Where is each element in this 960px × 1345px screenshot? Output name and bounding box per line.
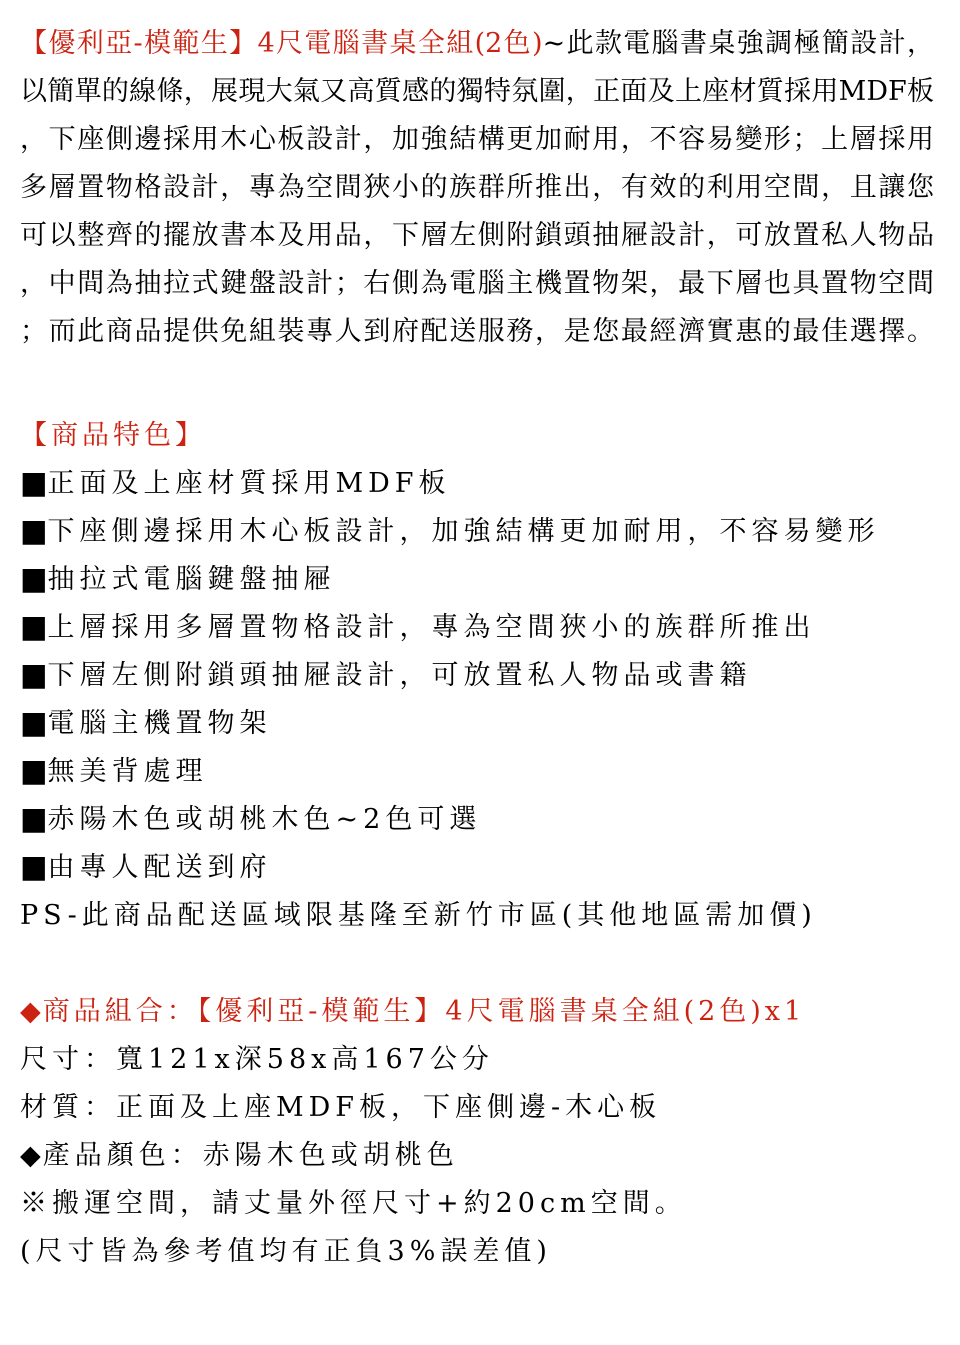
square-bullet-icon: ■	[20, 600, 48, 655]
feature-text: 由專人配送到府	[48, 852, 272, 883]
diamond-bullet-icon: ◆	[20, 1140, 41, 1171]
feature-text: 下座側邊採用木心板設計，加強結構更加耐用，不容易變形	[48, 516, 880, 547]
feature-text: 上層採用多層置物格設計，專為空間狹小的族群所推出	[48, 612, 816, 643]
features-heading: 【商品特色】	[20, 412, 934, 460]
feature-item-colors: ■赤陽木色或胡桃木色~2色可選	[20, 796, 934, 844]
intro-line-3: ，下座側邊採用木心板設計，加強結構更加耐用，不容易變形；上層採用	[20, 116, 934, 164]
square-bullet-icon: ■	[20, 696, 48, 751]
intro-line-1: 【優利亞-模範生】4尺電腦書桌全組(2色)~此款電腦書桌強調極簡設計，	[20, 20, 934, 68]
intro-line-7: ；而此商品提供免組裝專人到府配送服務，是您最經濟實惠的最佳選擇。	[20, 308, 934, 356]
size-spec: 尺寸：寬121x深58x高167公分	[20, 1036, 934, 1084]
moving-space-note: ※搬運空間，請丈量外徑尺寸+約20cm空間。	[20, 1180, 934, 1228]
feature-text: 無美背處理	[48, 756, 208, 787]
color-spec: ◆產品顏色：赤陽木色或胡桃色	[20, 1132, 934, 1180]
intro-line-4: 多層置物格設計，專為空間狹小的族群所推出，有效的利用空間，且讓您	[20, 164, 934, 212]
square-bullet-icon: ■	[20, 744, 48, 799]
square-bullet-icon: ■	[20, 552, 48, 607]
square-bullet-icon: ■	[20, 792, 48, 847]
material-spec: 材質：正面及上座MDF板，下座側邊-木心板	[20, 1084, 934, 1132]
square-bullet-icon: ■	[20, 840, 48, 895]
diamond-bullet-icon: ◆	[20, 996, 41, 1027]
feature-item-upper-shelves: ■上層採用多層置物格設計，專為空間狹小的族群所推出	[20, 604, 934, 652]
product-description-page: 【優利亞-模範生】4尺電腦書桌全組(2色)~此款電腦書桌強調極簡設計， 以簡單的…	[0, 0, 960, 1345]
feature-item-material: ■正面及上座材質採用MDF板	[20, 460, 934, 508]
combo-heading-text: 商品組合：【優利亞-模範生】4尺電腦書桌全組(2色)x1	[43, 996, 805, 1027]
feature-text: 電腦主機置物架	[48, 708, 272, 739]
feature-text: 正面及上座材質採用MDF板	[48, 468, 451, 499]
features-section: 【商品特色】 ■正面及上座材質採用MDF板 ■下座側邊採用木心板設計，加強結構更…	[20, 412, 934, 940]
intro-line-1-text: ~此款電腦書桌強調極簡設計，	[543, 28, 934, 59]
intro-line-6: ，中間為抽拉式鍵盤設計；右側為電腦主機置物架，最下層也具置物空間	[20, 260, 934, 308]
intro-paragraph: 【優利亞-模範生】4尺電腦書桌全組(2色)~此款電腦書桌強調極簡設計， 以簡單的…	[20, 20, 934, 356]
feature-item-keyboard-tray: ■抽拉式電腦鍵盤抽屜	[20, 556, 934, 604]
feature-text: 抽拉式電腦鍵盤抽屜	[48, 564, 336, 595]
intro-line-2: 以簡單的線條，展現大氣又高質感的獨特氛圍，正面及上座材質採用MDF板	[20, 68, 934, 116]
feature-text: 赤陽木色或胡桃木色~2色可選	[48, 804, 482, 835]
feature-item-delivery: ■由專人配送到府	[20, 844, 934, 892]
feature-item-pc-shelf: ■電腦主機置物架	[20, 700, 934, 748]
intro-line-5: 可以整齊的擺放書本及用品，下層左側附鎖頭抽屜設計，可放置私人物品	[20, 212, 934, 260]
combo-heading: ◆商品組合：【優利亞-模範生】4尺電腦書桌全組(2色)x1	[20, 988, 934, 1036]
product-title: 【優利亞-模範生】4尺電腦書桌全組(2色)	[20, 28, 543, 59]
feature-item-lock-drawer: ■下層左側附鎖頭抽屜設計，可放置私人物品或書籍	[20, 652, 934, 700]
tolerance-note: (尺寸皆為參考值均有正負3%誤差值)	[20, 1228, 934, 1276]
combo-section: ◆商品組合：【優利亞-模範生】4尺電腦書桌全組(2色)x1 尺寸：寬121x深5…	[20, 988, 934, 1276]
feature-item-base: ■下座側邊採用木心板設計，加強結構更加耐用，不容易變形	[20, 508, 934, 556]
delivery-area-note: PS-此商品配送區域限基隆至新竹市區(其他地區需加價)	[20, 892, 934, 940]
square-bullet-icon: ■	[20, 456, 48, 511]
square-bullet-icon: ■	[20, 648, 48, 703]
feature-item-back-finish: ■無美背處理	[20, 748, 934, 796]
feature-text: 下層左側附鎖頭抽屜設計，可放置私人物品或書籍	[48, 660, 752, 691]
square-bullet-icon: ■	[20, 504, 48, 559]
color-spec-text: 產品顏色：赤陽木色或胡桃色	[43, 1140, 459, 1171]
